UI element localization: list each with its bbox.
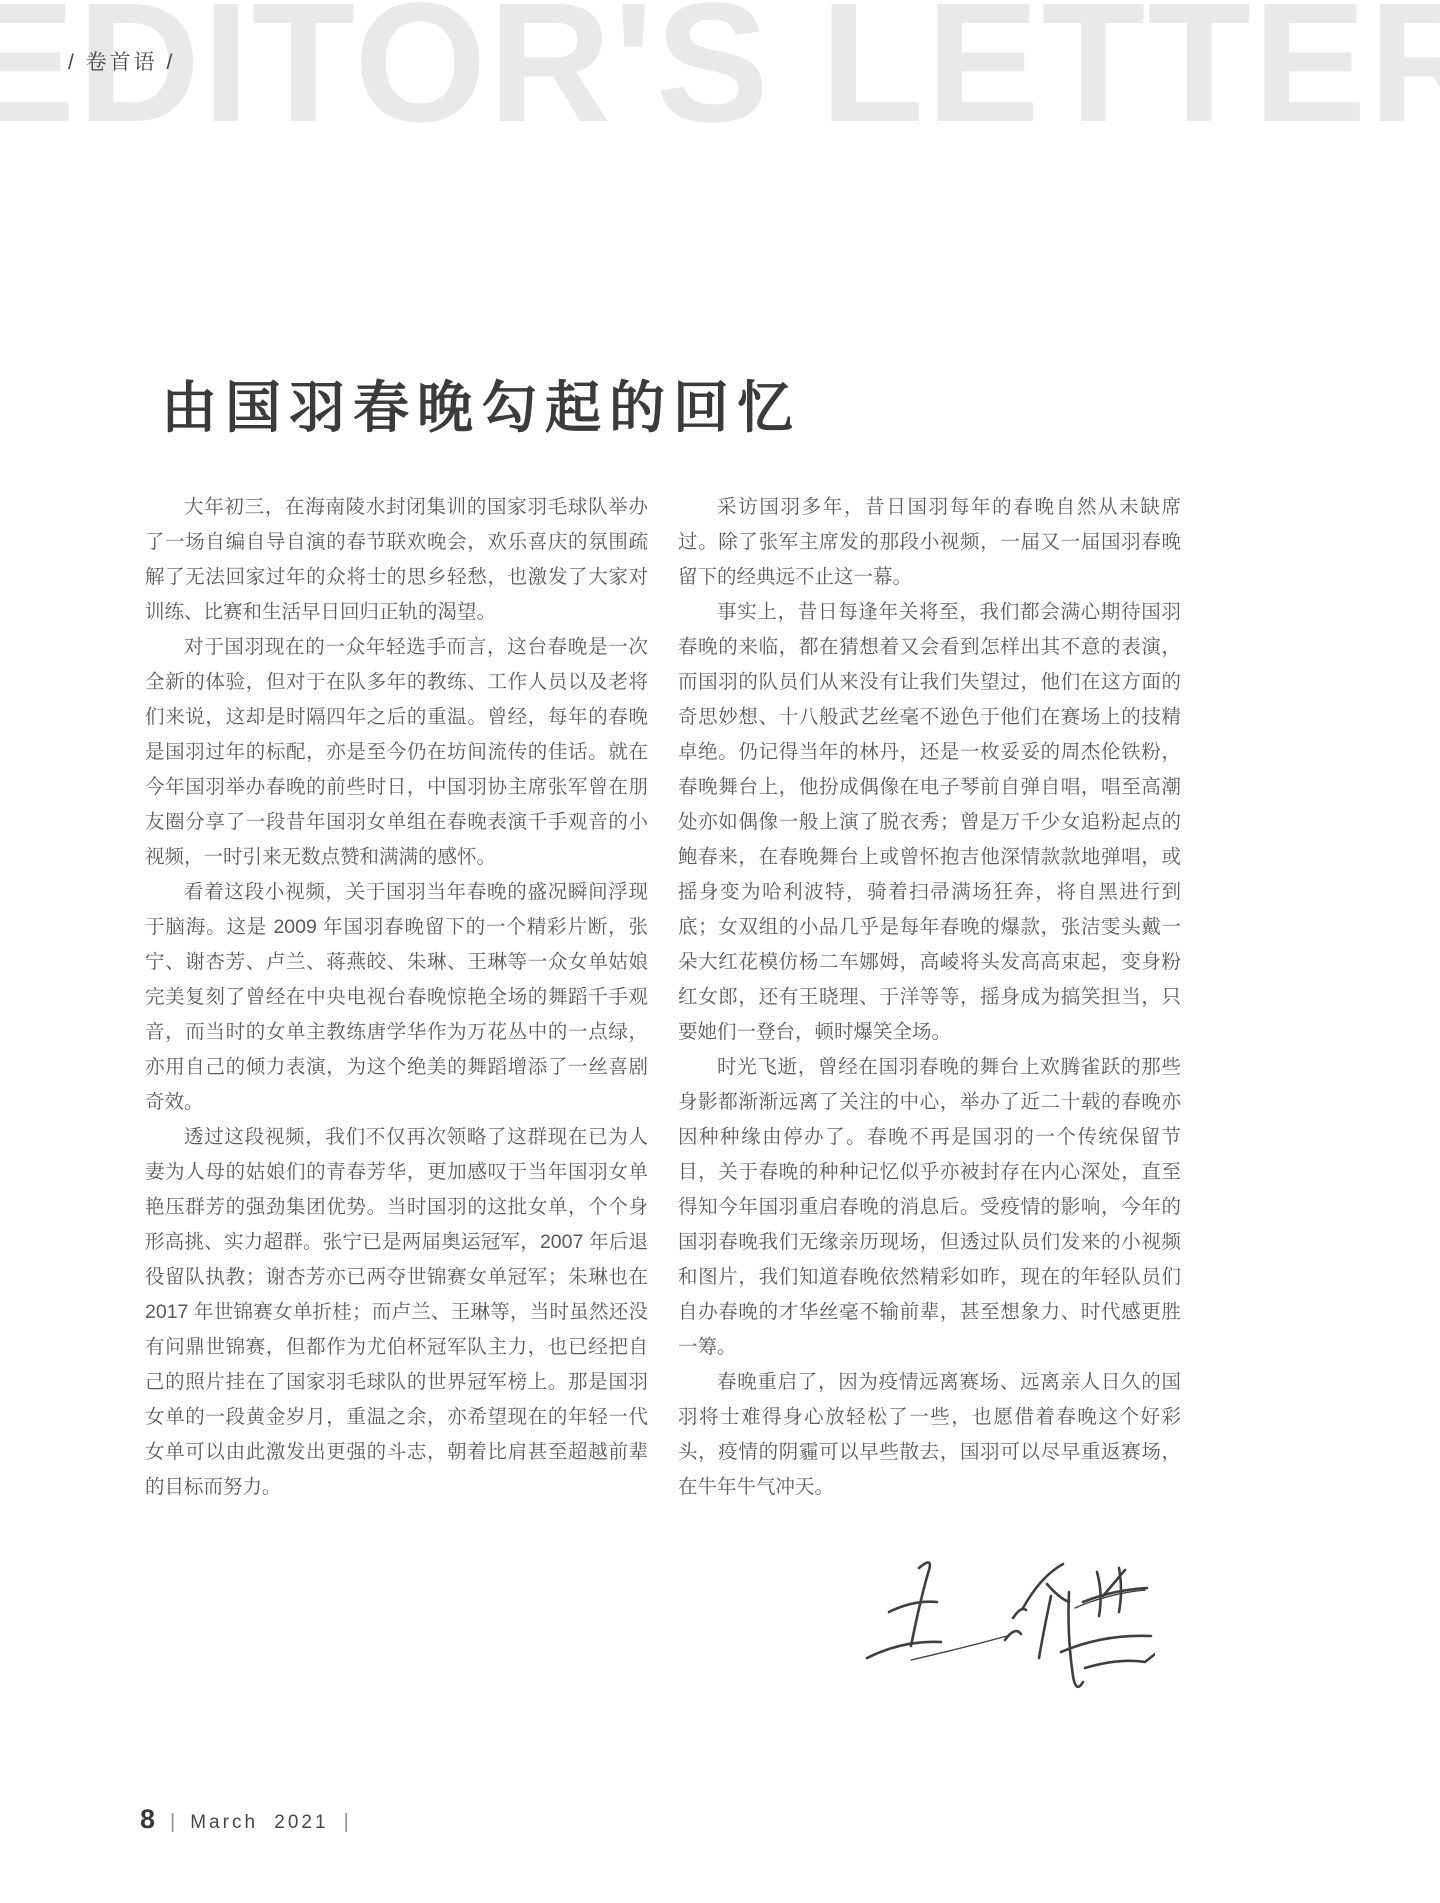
paragraph: 对于国羽现在的一众年轻选手而言，这台春晚是一次全新的体验，但对于在队多年的教练、…	[145, 630, 648, 875]
footer-separator: |	[170, 1811, 175, 1834]
footer-separator: |	[344, 1811, 349, 1834]
page-number: 8	[140, 1804, 155, 1835]
watermark-text: EDITOR'S LETTER	[0, 0, 1440, 148]
paragraph: 事实上，昔日每逢年关将至，我们都会满心期待国羽春晚的来临，都在猜想着又会看到怎样…	[678, 595, 1181, 1050]
section-label: / 卷首语 /	[68, 46, 175, 76]
page-footer: 8 | March 2021 |	[140, 1804, 349, 1835]
editor-signature	[855, 1532, 1155, 1702]
paragraph: 透过这段视频，我们不仅再次领略了这群现在已为人妻为人母的姑娘们的青春芳华，更加感…	[145, 1120, 648, 1505]
paragraph: 大年初三，在海南陵水封闭集训的国家羽毛球队举办了一场自编自导自演的春节联欢晚会，…	[145, 490, 648, 630]
page-title: 由国羽春晚勾起的回忆	[161, 364, 801, 444]
footer-date: March 2021	[190, 1812, 328, 1834]
paragraph: 时光飞逝，曾经在国羽春晚的舞台上欢腾雀跃的那些身影都渐渐远离了关注的中心，举办了…	[678, 1050, 1181, 1365]
paragraph: 春晚重启了，因为疫情远离赛场、远离亲人日久的国羽将士难得身心放轻松了一些，也愿借…	[678, 1365, 1181, 1505]
paragraph: 看着这段小视频，关于国羽当年春晚的盛况瞬间浮现于脑海。这是 2009 年国羽春晚…	[145, 875, 648, 1120]
article-body: 大年初三，在海南陵水封闭集训的国家羽毛球队举办了一场自编自导自演的春节联欢晚会，…	[145, 490, 1181, 1505]
paragraph: 采访国羽多年，昔日国羽每年的春晚自然从未缺席过。除了张军主席发的那段小视频，一届…	[678, 490, 1181, 595]
signature-svg	[855, 1532, 1155, 1702]
magazine-page: { "page": { "watermark": "EDITOR'S LETTE…	[0, 0, 1440, 1903]
article-column-right: 采访国羽多年，昔日国羽每年的春晚自然从未缺席过。除了张军主席发的那段小视频，一届…	[678, 490, 1181, 1505]
article-column-left: 大年初三，在海南陵水封闭集训的国家羽毛球队举办了一场自编自导自演的春节联欢晚会，…	[145, 490, 648, 1505]
